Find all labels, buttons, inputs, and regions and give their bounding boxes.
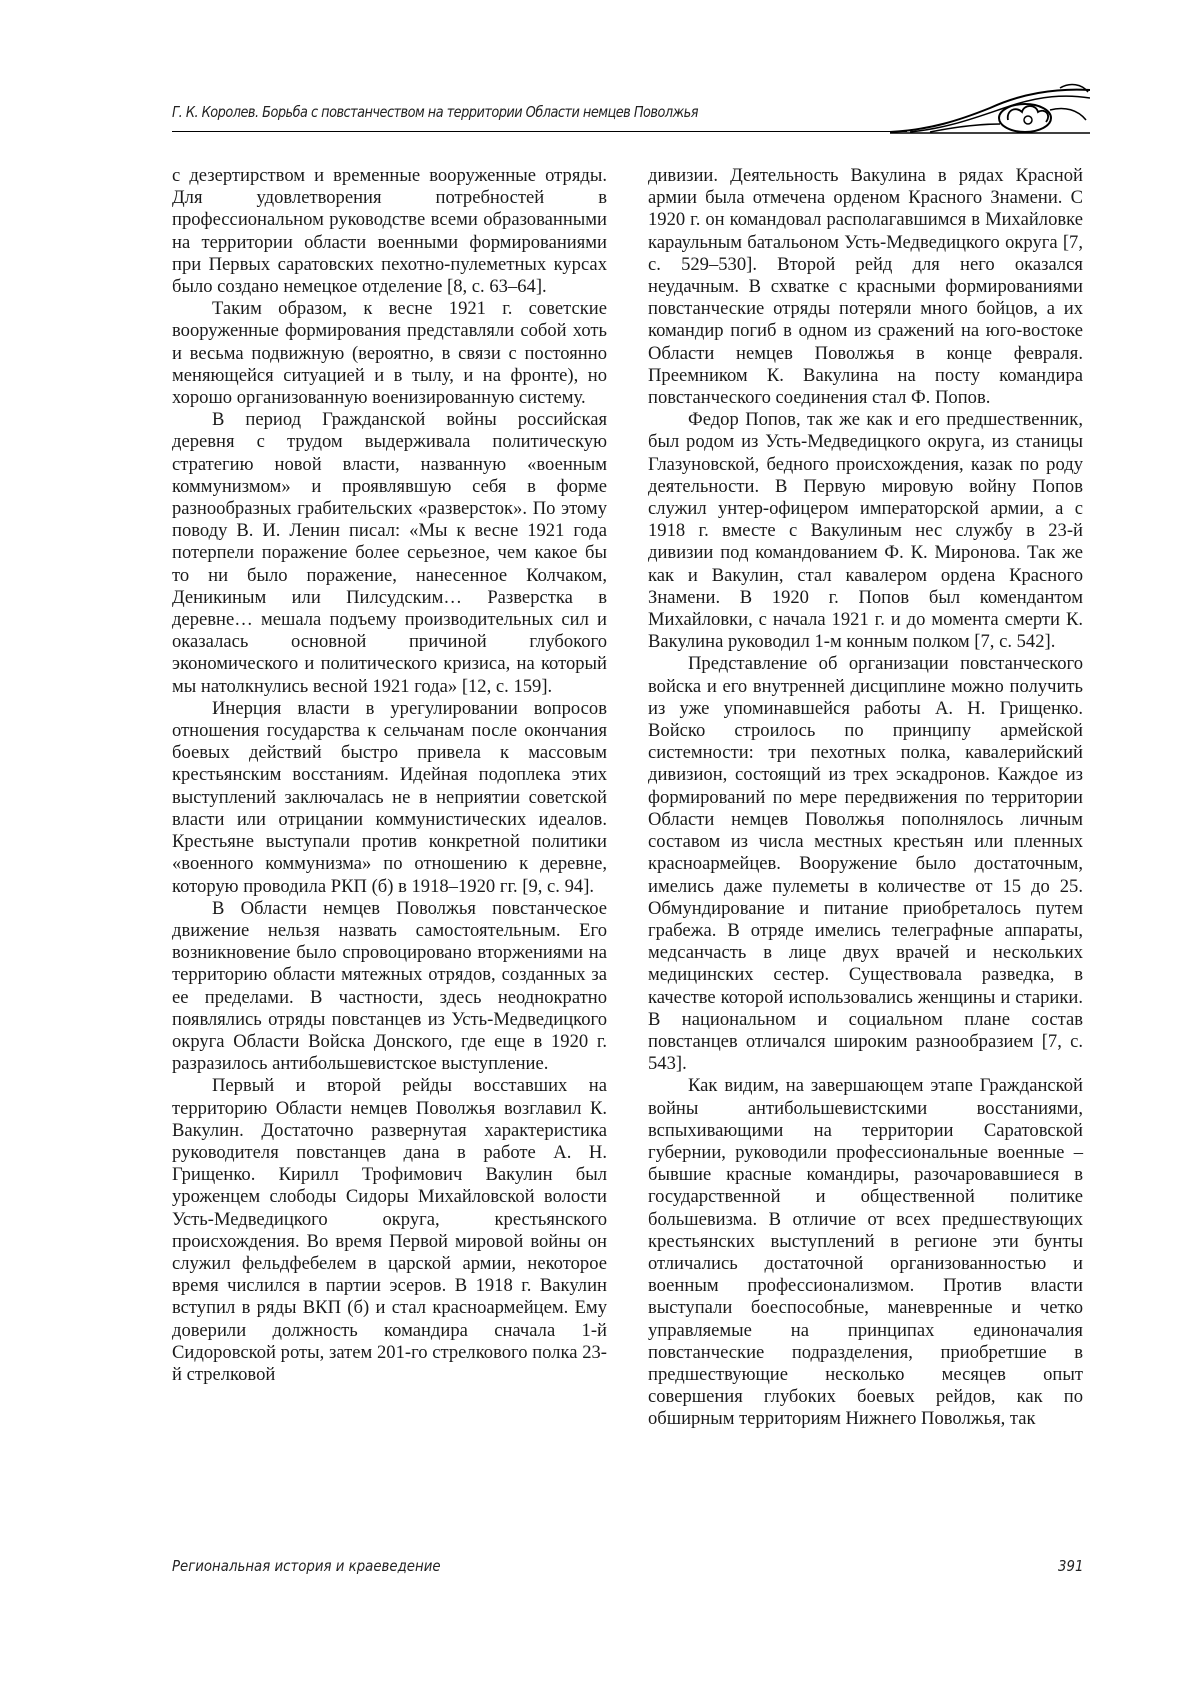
running-head: Г. К. Королев. Борьба с повстанчеством н… [172,103,698,121]
paragraph: с дезертирством и временные вооруженные … [172,165,607,298]
paragraph: Федор Попов, так же как и его предшестве… [648,409,1083,653]
page-number: 391 [1058,1557,1083,1575]
paragraph: В Области немцев Поволжья повстанческое … [172,898,607,1076]
header-rule [172,131,907,132]
paragraph: Таким образом, к весне 1921 г. советские… [172,298,607,409]
left-column: с дезертирством и временные вооруженные … [172,165,607,1386]
paragraph: Представление об организации повстанческ… [648,653,1083,1075]
paragraph: Инерция власти в урегулировании вопросов… [172,698,607,898]
paragraph: В период Гражданской войны российская де… [172,409,607,698]
journal-section-title: Региональная история и краеведение [172,1557,441,1575]
right-column: дивизии. Деятельность Вакулина в рядах К… [648,165,1083,1431]
paragraph: дивизии. Деятельность Вакулина в рядах К… [648,165,1083,409]
paragraph: Как видим, на завершающем этапе Гражданс… [648,1075,1083,1430]
art-nouveau-ornament-icon [890,80,1090,140]
paragraph: Первый и второй рейды восставших на терр… [172,1075,607,1386]
